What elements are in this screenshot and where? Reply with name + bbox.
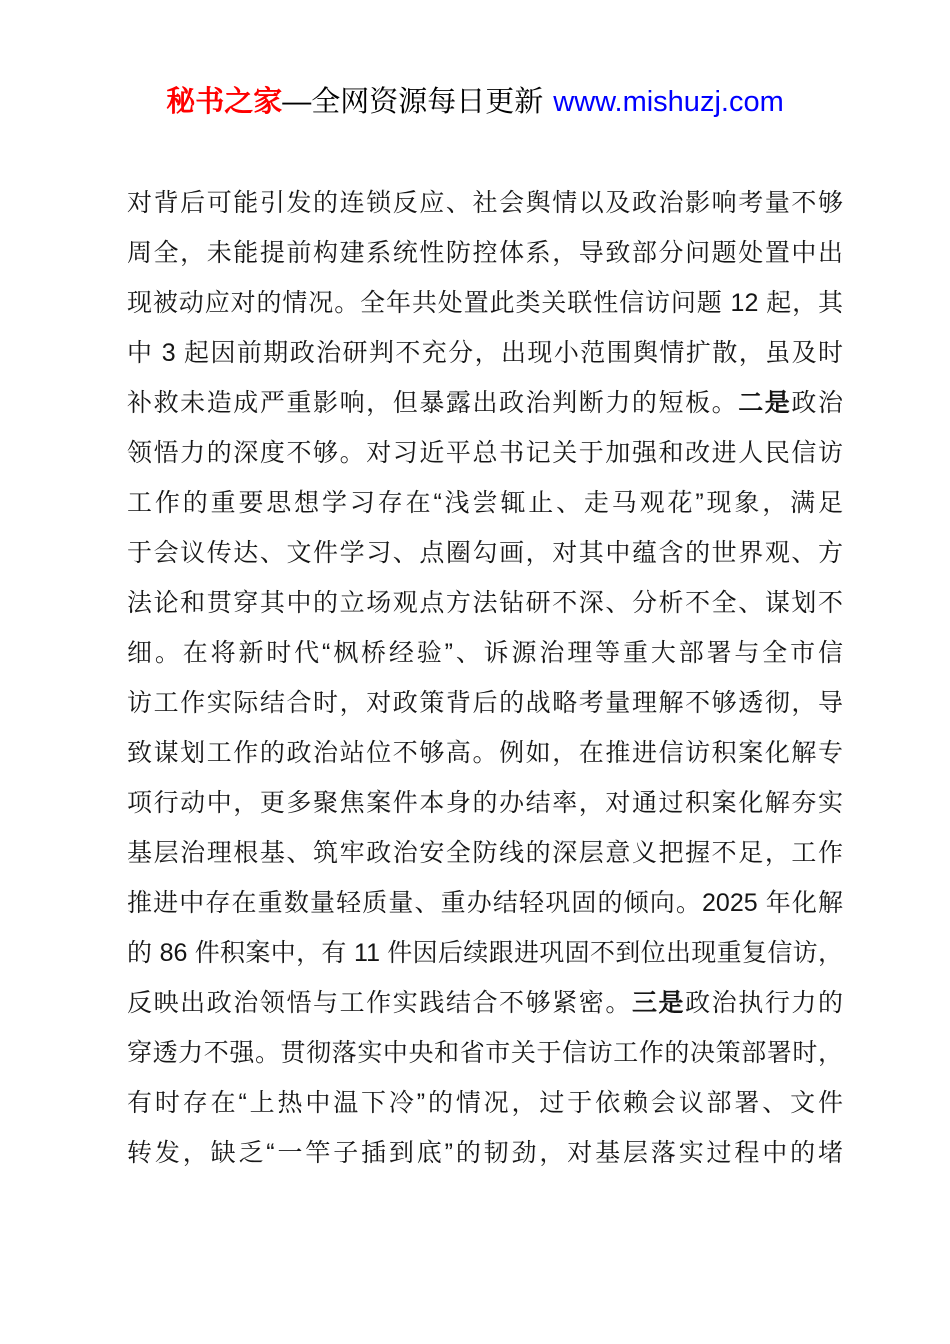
body-text: 补救未造成严重影响，但暴露出政治判断力的短板。 bbox=[127, 389, 738, 417]
text-line: 基层治理根基、筑牢政治安全防线的深层意义把握不足，工作 bbox=[127, 828, 843, 878]
text-line: 致谋划工作的政治站位不够高。例如，在推进信访积案化解专 bbox=[127, 728, 843, 778]
text-line: 有时存在“上热中温下冷”的情况，过于依赖会议部署、文件 bbox=[127, 1078, 843, 1128]
body-text: 政治 bbox=[791, 389, 843, 417]
text-line: 细。在将新时代“枫桥经验”、诉源治理等重大部署与全市信 bbox=[127, 628, 843, 678]
body-text: 推进中存在重数量轻质量、重办结轻巩固的倾向。2025 年化解 bbox=[127, 889, 843, 917]
site-header: 秘书之家—全网资源每日更新www.mishuzj.com bbox=[0, 82, 950, 122]
body-text: 对背后可能引发的连锁反应、社会舆情以及政治影响考量不够 bbox=[127, 189, 843, 217]
body-text: 穿透力不强。贯彻落实中央和省市关于信访工作的决策部署时， bbox=[127, 1039, 843, 1067]
text-line: 工作的重要思想学习存在“浅尝辄止、走马观花”现象，满足 bbox=[127, 478, 843, 528]
body-text: 致谋划工作的政治站位不够高。例如，在推进信访积案化解专 bbox=[127, 739, 843, 767]
text-line: 的 86 件积案中，有 11 件因后续跟进巩固不到位出现重复信访， bbox=[127, 928, 843, 978]
body-text: 访工作实际结合时，对政策背后的战略考量理解不够透彻，导 bbox=[127, 689, 843, 717]
body-text: 于会议传达、文件学习、点圈勾画，对其中蕴含的世界观、方 bbox=[127, 539, 843, 567]
body-text: 工作的重要思想学习存在“浅尝辄止、走马观花”现象，满足 bbox=[127, 489, 843, 517]
body-text: 中 3 起因前期政治研判不充分，出现小范围舆情扩散，虽及时 bbox=[127, 339, 843, 367]
text-line: 领悟力的深度不够。对习近平总书记关于加强和改进人民信访 bbox=[127, 428, 843, 478]
body-text: 反映出政治领悟与工作实践结合不够紧密。 bbox=[127, 989, 632, 1017]
text-line: 对背后可能引发的连锁反应、社会舆情以及政治影响考量不够 bbox=[127, 178, 843, 228]
body-text: 的 86 件积案中，有 11 件因后续跟进巩固不到位出现重复信访， bbox=[127, 939, 843, 967]
body-text: 政治执行力的 bbox=[685, 989, 843, 1017]
site-url-link[interactable]: www.mishuzj.com bbox=[553, 86, 783, 118]
text-line: 现被动应对的情况。全年共处置此类关联性信访问题 12 起，其 bbox=[127, 278, 843, 328]
body-text: 周全，未能提前构建系统性防控体系，导致部分问题处置中出 bbox=[127, 239, 843, 267]
body-text: 细。在将新时代“枫桥经验”、诉源治理等重大部署与全市信 bbox=[127, 639, 843, 667]
text-line: 转发，缺乏“一竿子插到底”的韧劲，对基层落实过程中的堵 bbox=[127, 1128, 843, 1178]
body-text: 法论和贯穿其中的立场观点方法钻研不深、分析不全、谋划不 bbox=[127, 589, 843, 617]
site-tagline: —全网资源每日更新 bbox=[282, 86, 543, 118]
document-page: 秘书之家—全网资源每日更新www.mishuzj.com 对背后可能引发的连锁反… bbox=[0, 0, 950, 1344]
body-text: 有时存在“上热中温下冷”的情况，过于依赖会议部署、文件 bbox=[127, 1089, 843, 1117]
text-line: 推进中存在重数量轻质量、重办结轻巩固的倾向。2025 年化解 bbox=[127, 878, 843, 928]
document-body: 对背后可能引发的连锁反应、社会舆情以及政治影响考量不够周全，未能提前构建系统性防… bbox=[127, 178, 843, 1178]
site-brand: 秘书之家 bbox=[166, 86, 282, 118]
body-text: 转发，缺乏“一竿子插到底”的韧劲，对基层落实过程中的堵 bbox=[127, 1139, 843, 1167]
text-line: 反映出政治领悟与工作实践结合不够紧密。三是政治执行力的 bbox=[127, 978, 843, 1028]
emphasis-text: 二是 bbox=[738, 389, 791, 417]
text-line: 访工作实际结合时，对政策背后的战略考量理解不够透彻，导 bbox=[127, 678, 843, 728]
text-line: 于会议传达、文件学习、点圈勾画，对其中蕴含的世界观、方 bbox=[127, 528, 843, 578]
text-line: 穿透力不强。贯彻落实中央和省市关于信访工作的决策部署时， bbox=[127, 1028, 843, 1078]
body-text: 领悟力的深度不够。对习近平总书记关于加强和改进人民信访 bbox=[127, 439, 843, 467]
emphasis-text: 三是 bbox=[632, 989, 685, 1017]
text-line: 项行动中，更多聚焦案件本身的办结率，对通过积案化解夯实 bbox=[127, 778, 843, 828]
body-text: 项行动中，更多聚焦案件本身的办结率，对通过积案化解夯实 bbox=[127, 789, 843, 817]
body-text: 基层治理根基、筑牢政治安全防线的深层意义把握不足，工作 bbox=[127, 839, 843, 867]
body-text: 现被动应对的情况。全年共处置此类关联性信访问题 12 起，其 bbox=[127, 289, 843, 317]
text-line: 中 3 起因前期政治研判不充分，出现小范围舆情扩散，虽及时 bbox=[127, 328, 843, 378]
text-line: 法论和贯穿其中的立场观点方法钻研不深、分析不全、谋划不 bbox=[127, 578, 843, 628]
text-line: 周全，未能提前构建系统性防控体系，导致部分问题处置中出 bbox=[127, 228, 843, 278]
text-line: 补救未造成严重影响，但暴露出政治判断力的短板。二是政治 bbox=[127, 378, 843, 428]
